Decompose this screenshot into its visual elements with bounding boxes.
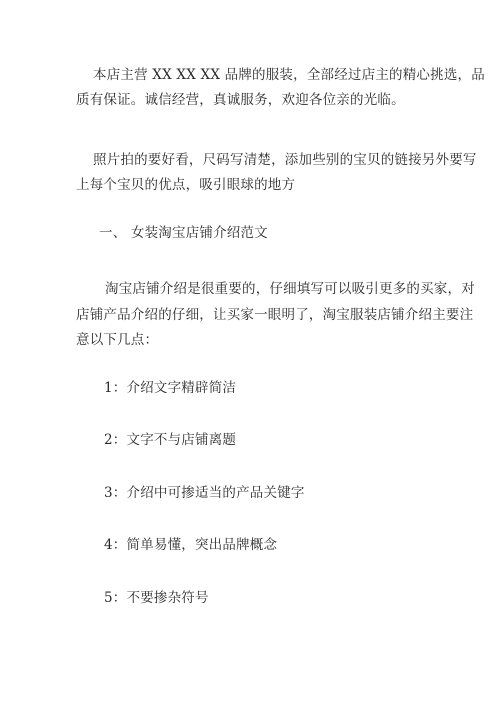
tips-line-1: 照片拍的要好看，尺码写清楚，添加些别的宝贝的链接另外要写 (93, 151, 477, 169)
intro-line-2: 质有保证。诚信经营，真诚服务，欢迎各位亲的光临。 (76, 91, 405, 109)
point-item-5: 5：不要掺杂符号 (104, 589, 209, 607)
intro-line-1: 本店主营 XX XX XX 品牌的服装，全部经过店主的精心挑选，品 (93, 66, 485, 84)
section-body-line-3: 意以下几点： (76, 331, 158, 349)
point-item-4: 4：简单易懂，突出品牌概念 (104, 536, 277, 554)
point-item-2: 2：文字不与店铺离题 (104, 431, 236, 449)
section-body-line-2: 店铺产品介绍的仔细，让买家一眼明了，淘宝服装店铺介绍主要注 (76, 306, 473, 324)
document-page: 本店主营 XX XX XX 品牌的服装，全部经过店主的精心挑选，品 质有保证。诚… (0, 0, 500, 708)
tips-line-2: 上每个宝贝的优点，吸引眼球的地方 (76, 176, 295, 194)
section-heading: 一、 女装淘宝店铺介绍范文 (99, 224, 268, 242)
section-body-line-1: 淘宝店铺介绍是很重要的，仔细填写可以吸引更多的买家，对 (105, 280, 475, 298)
point-item-1: 1：介绍文字精辟简洁 (104, 379, 236, 397)
point-item-3: 3：介绍中可掺适当的产品关键字 (104, 484, 305, 502)
